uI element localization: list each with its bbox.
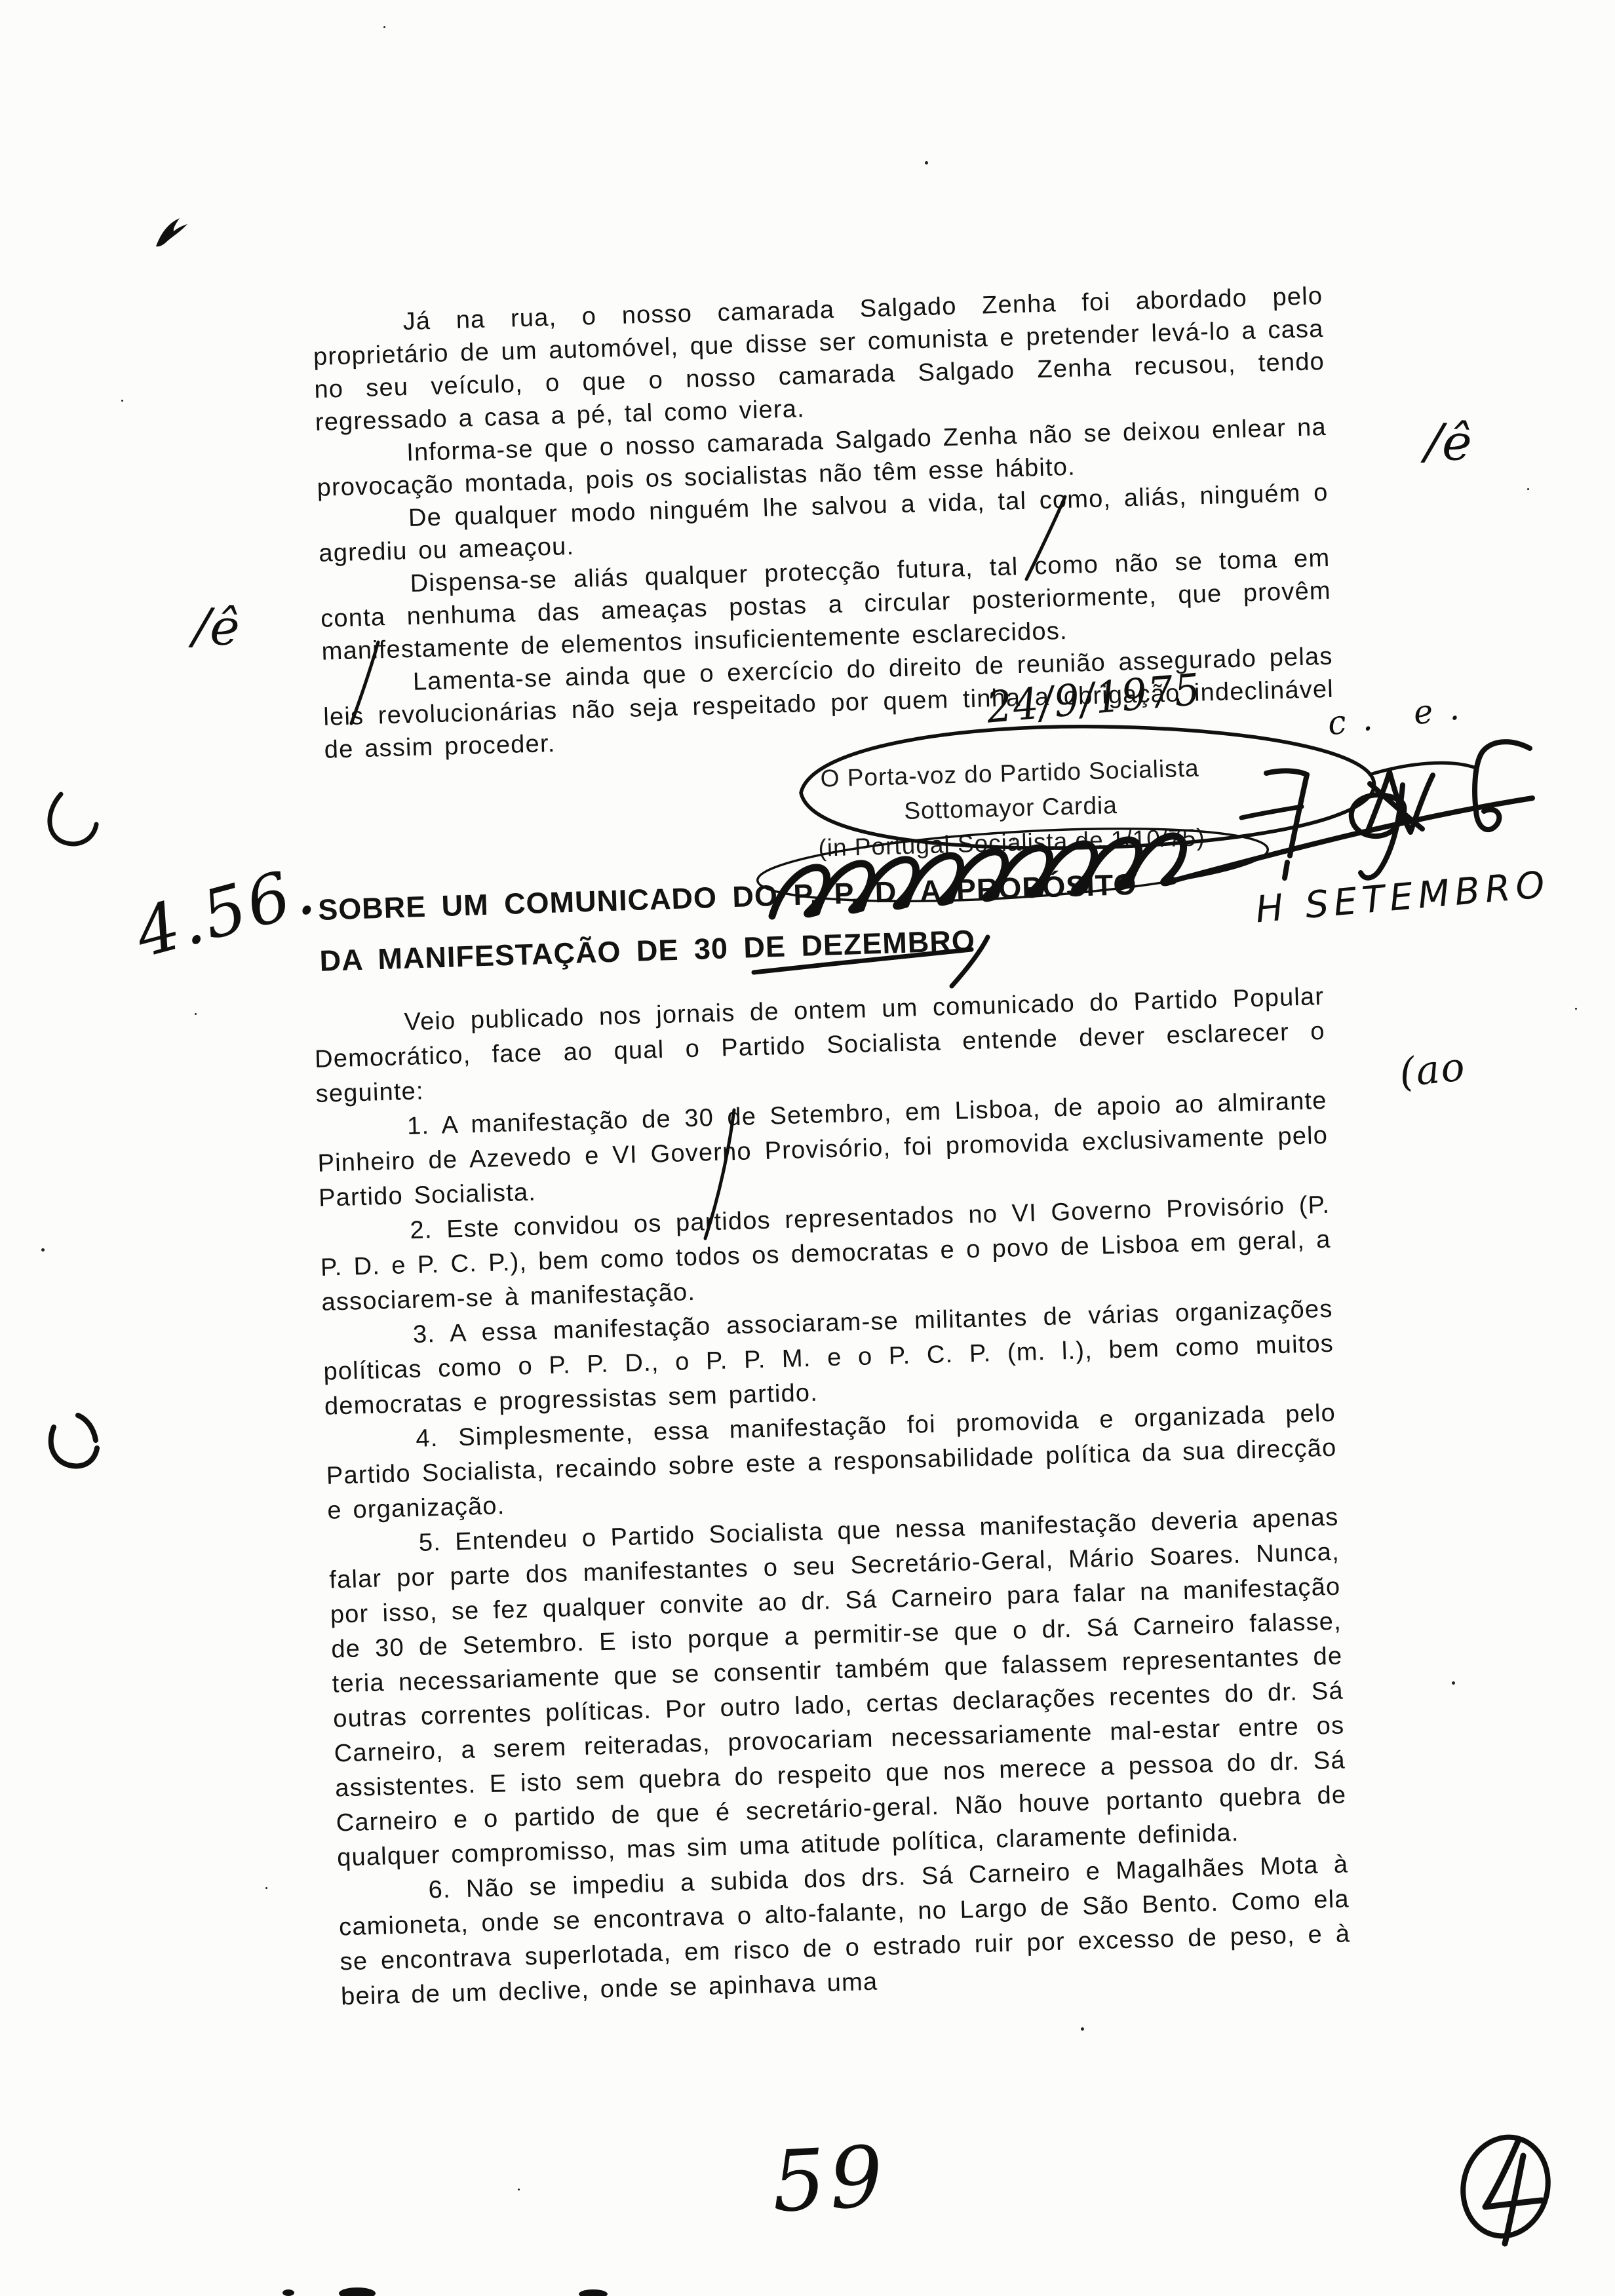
scanned-document-page: Já na rua, o nosso camarada Salgado Zenh…	[0, 0, 1615, 2296]
handwritten-e-circumflex-mark-right: /ê	[1424, 411, 1473, 472]
handwritten-index-number: 4.56.	[127, 851, 324, 973]
bottom-edge-smudge	[339, 2287, 376, 2296]
typed-text-block-2: Veio publicado nos jornais de ontem um c…	[313, 980, 1352, 2014]
handwritten-month-correction: H SETEMBRO	[1254, 864, 1551, 932]
signature-scribble-ink	[1367, 772, 1433, 832]
signature-scribble-ink	[1475, 742, 1530, 830]
struck-word: DEZEMBRO	[801, 924, 976, 963]
bottom-edge-smudge	[282, 2289, 294, 2296]
scan-noise-specks	[383, 26, 385, 28]
section-heading: SOBRE UM COMUNICADO DO P. P. D. A PROPÓS…	[317, 859, 1139, 987]
left-circle-ink	[51, 1415, 97, 1466]
arrow-ink-icon	[156, 218, 187, 246]
bottom-edge-smudge	[579, 2289, 608, 2296]
signature-scribble-ink	[1352, 785, 1405, 878]
list-item: 6. Não se impediu a subida dos drs. Sá C…	[338, 1847, 1352, 2014]
list-item: 5. Entendeu o Partido Socialista que nes…	[328, 1501, 1348, 1876]
handwritten-page-number: 59	[769, 2128, 889, 2232]
handwritten-ao-note: (ao	[1397, 1044, 1468, 1096]
circled-4-ink	[1453, 2128, 1559, 2245]
handwritten-ce-note: c. e.	[1325, 687, 1477, 742]
circled-4-digit-ink	[1485, 2141, 1542, 2244]
signature-block: O Porta-voz do Partido Socialista Sottom…	[741, 748, 1281, 868]
handwritten-e-circumflex-mark-left: /ê	[192, 596, 241, 657]
left-c-curve-ink	[50, 794, 96, 844]
portavoz-ellipse-tail-ink	[1370, 763, 1476, 775]
